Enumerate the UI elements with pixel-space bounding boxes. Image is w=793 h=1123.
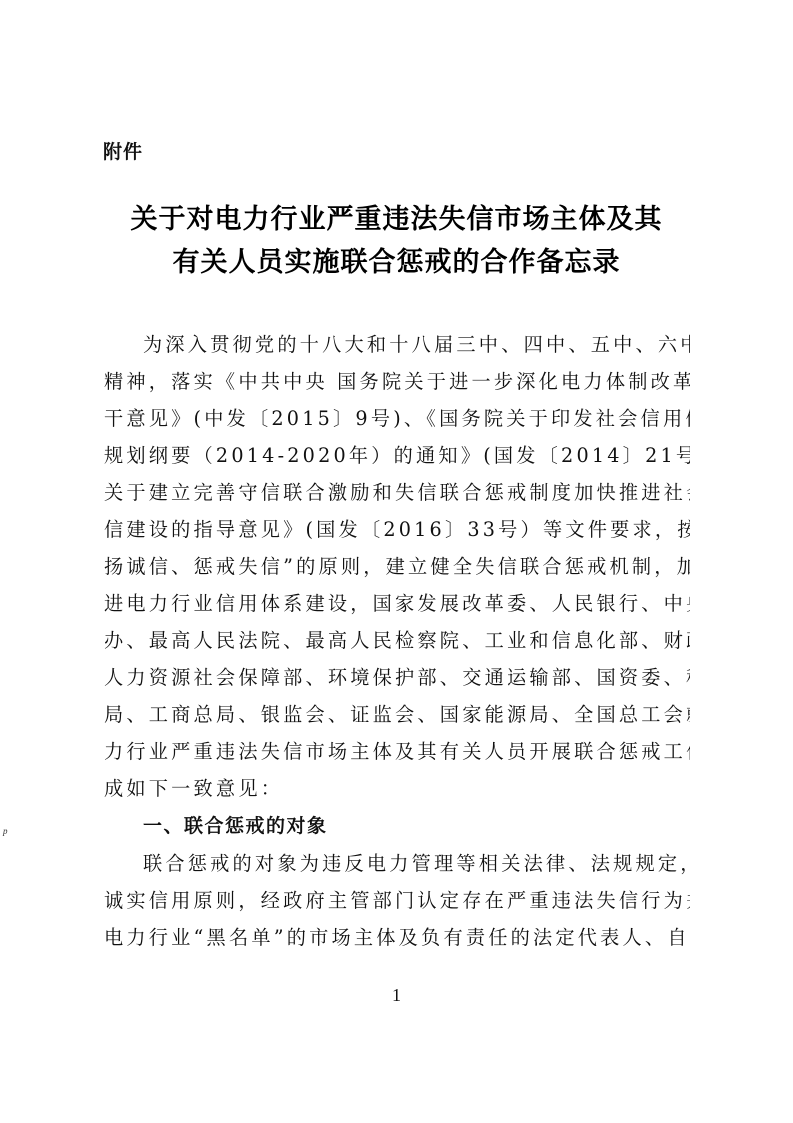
document-page: 附件 关于对电力行业严重违法失信市场主体及其 有关人员实施联合惩戒的合作备忘录 … (0, 0, 793, 1123)
section-heading: 一、联合惩戒的对象 (143, 811, 328, 838)
intro-line: 力行业严重违法失信市场主体及其有关人员开展联合惩戒工作，达 (104, 737, 690, 764)
intro-line: 干意见》(中发〔2015〕9号)、《国务院关于印发社会信用体系建设 (104, 404, 690, 431)
attachment-label: 附件 (103, 137, 143, 164)
intro-line: 规划纲要（2014-2020年）的通知》(国发〔2014〕21号)、《国务院 (104, 441, 690, 468)
intro-line: 精神，落实《中共中央 国务院关于进一步深化电力体制改革的若 (104, 367, 690, 394)
intro-line: 进电力行业信用体系建设，国家发展改革委、人民银行、中央文明 (104, 589, 690, 616)
document-title-line-1: 关于对电力行业严重违法失信市场主体及其 (100, 197, 693, 236)
intro-line: 为深入贯彻党的十八大和十八届三中、四中、五中、六中全会 (143, 330, 690, 357)
intro-line: 信建设的指导意见》(国发〔2016〕33号）等文件要求，按照“褒 (104, 515, 690, 542)
intro-line: 局、工商总局、银监会、证监会、国家能源局、全国总工会就对电 (104, 700, 690, 727)
intro-line: 成如下一致意见： (104, 774, 690, 801)
intro-line: 关于建立完善守信联合激励和失信联合惩戒制度加快推进社会诚 (104, 478, 690, 505)
section-line: 电力行业“黑名单”的市场主体及负有责任的法定代表人、自然人 (104, 923, 690, 950)
intro-line: 办、最高人民法院、最高人民检察院、工业和信息化部、财政部、 (104, 626, 690, 653)
section-line: 联合惩戒的对象为违反电力管理等相关法律、法规规定，违背 (143, 849, 690, 876)
intro-line: 扬诚信、惩戒失信”的原则，建立健全失信联合惩戒机制，加快推 (104, 552, 690, 579)
margin-mark: p (3, 826, 8, 836)
document-title-line-2: 有关人员实施联合惩戒的合作备忘录 (100, 240, 693, 279)
section-line: 诚实信用原则，经政府主管部门认定存在严重违法失信行为并纳入 (104, 886, 690, 913)
page-number: 1 (0, 985, 793, 1006)
intro-line: 人力资源社会保障部、环境保护部、交通运输部、国资委、税务总 (104, 663, 690, 690)
